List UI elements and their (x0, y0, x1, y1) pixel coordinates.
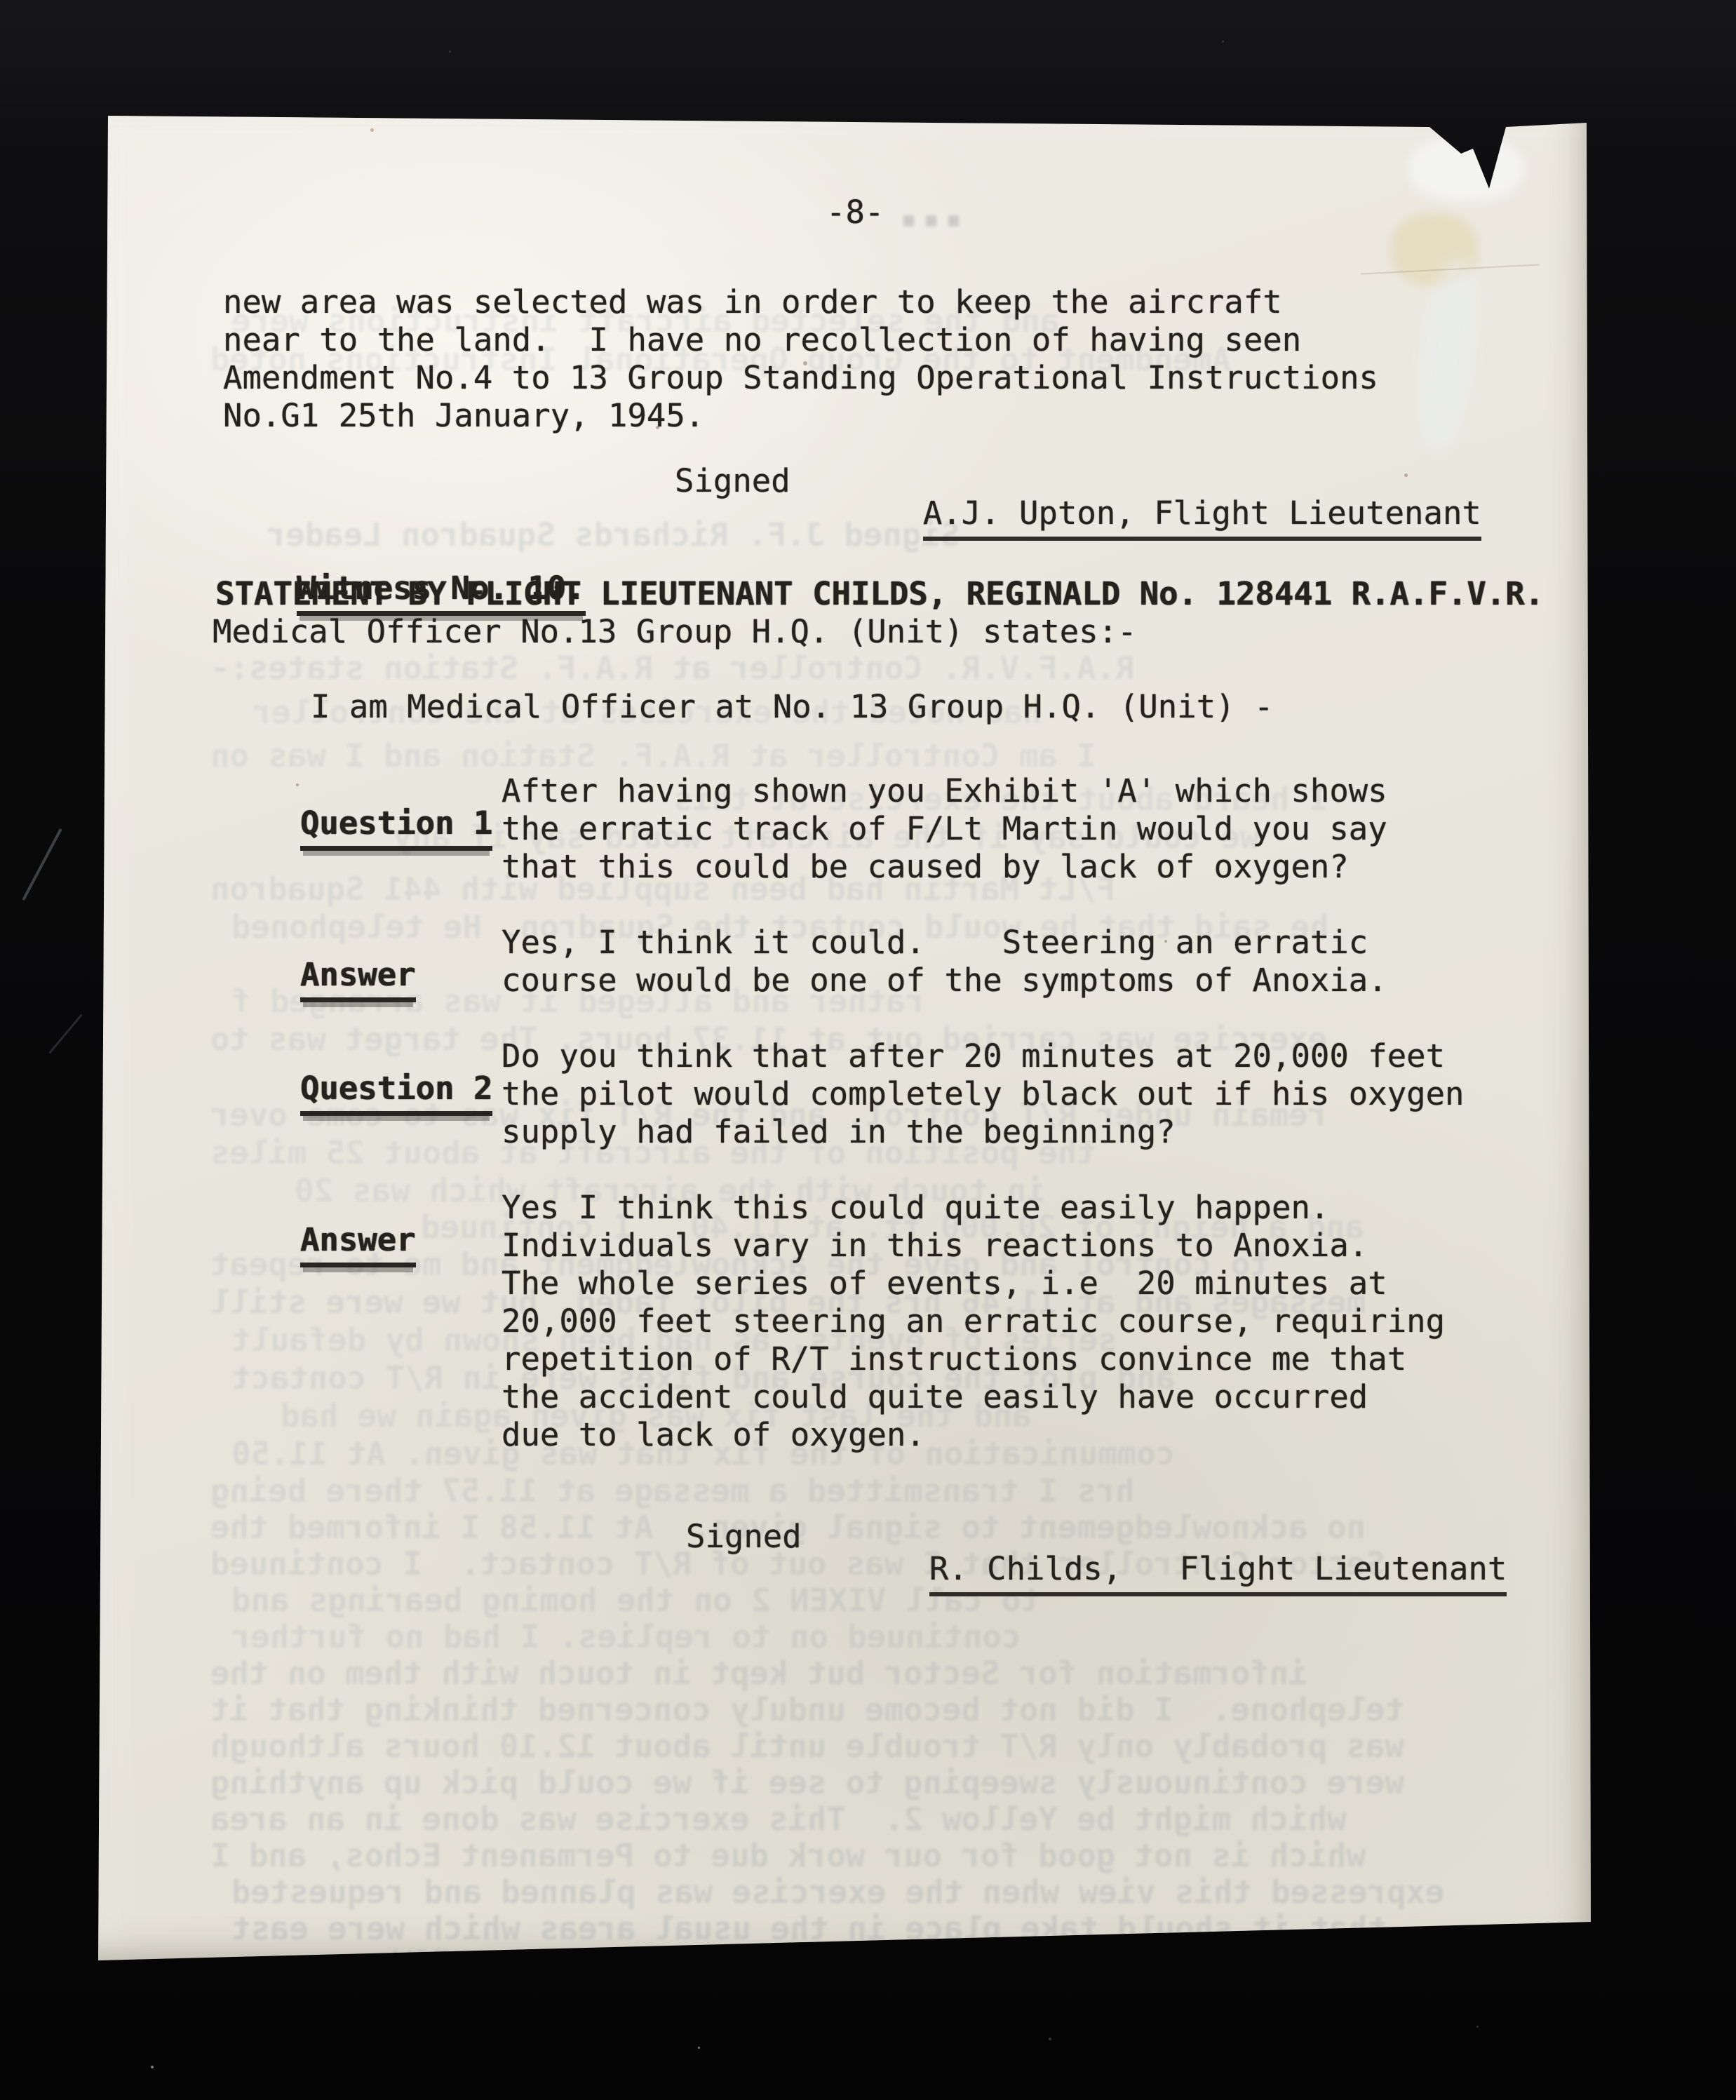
paragraph-line: No.G1 25th January, 1945. (223, 400, 704, 432)
answer-2-label: Answer (223, 1192, 416, 1288)
bleed-through-line: were continuously sweeping to see if we … (210, 1767, 1404, 1799)
intro-line: I am Medical Officer at No. 13 Group H.Q… (311, 691, 1274, 723)
question-1-label-text: Question 1 (300, 805, 493, 851)
dust-speck (449, 51, 451, 53)
bleed-through-line: information for Sector but kept in touch… (210, 1657, 1308, 1690)
dust-speck (1476, 2026, 1479, 2028)
bleed-through-line: was probably only R/T trouble until abou… (210, 1730, 1404, 1763)
answer-line: Individuals vary in this reactions to An… (502, 1230, 1368, 1262)
signature-name: A.J. Upton, Flight Lieutenant (923, 494, 1481, 541)
paragraph-line: Amendment No.4 to 13 Group Standing Oper… (223, 362, 1378, 394)
question-line: After having shown you Exhibit 'A' which… (502, 775, 1387, 807)
statement-heading: STATEMENT BY FLIGHT LIEUTENANT CHILDS, R… (215, 578, 1544, 610)
question-line: Do you think that after 20 minutes at 20… (502, 1040, 1445, 1072)
signature-label: Signed (675, 465, 790, 497)
torn-corner-tape-residue (1408, 135, 1524, 202)
signature-name-underlined: R. Childs, Flight Lieutenant (852, 1521, 1507, 1617)
dust-speck (1049, 2038, 1051, 2040)
statement-subheading: Medical Officer No.13 Group H.Q. (Unit) … (213, 616, 1137, 648)
question-1-label: Question 1 (223, 775, 492, 871)
answer-line: Yes, I think it could. Steering an errat… (502, 927, 1368, 959)
torn-corner-tape-residue (1411, 257, 1484, 452)
signature-name: R. Childs, Flight Lieutenant (929, 1550, 1507, 1596)
bleed-through-line: R.A.F.V.R. Controller at R.A.F. Station … (210, 652, 1135, 685)
answer-line: 20,000 feet steering an erratic course, … (502, 1305, 1445, 1338)
paragraph-line: new area was selected was in order to ke… (223, 286, 1282, 318)
scratch (48, 1014, 83, 1054)
paper-speck (370, 128, 374, 132)
bleed-through-line: which is not good for our work due to Pe… (210, 1840, 1366, 1872)
dust-speck (1222, 41, 1224, 43)
bleed-through-line: telephone. I did not become unduly conce… (210, 1694, 1404, 1726)
dust-speck (698, 2047, 700, 2049)
scanned-photo: { "colors":{"paper":"#e9e6dd","backgroun… (0, 0, 1736, 2100)
pencil-smudge (903, 215, 964, 227)
answer-line: due to lack of oxygen. (502, 1419, 925, 1451)
bleed-through-line: which might be Yellow 2. This exercise w… (210, 1803, 1347, 1836)
question-line: the pilot would completely black out if … (502, 1078, 1465, 1110)
bleed-through-line: continued on to replies. I had no furthe… (231, 1621, 1021, 1653)
bleed-through-line: now (393, 1941, 450, 1973)
question-2-label: Question 2 (223, 1040, 492, 1136)
answer-2-label-text: Answer (300, 1221, 416, 1267)
answer-1-label: Answer (223, 927, 416, 1023)
answer-line: Yes I think this could quite easily happ… (502, 1192, 1329, 1224)
question-2-label-text: Question 2 (300, 1070, 493, 1116)
signature-name-underlined: A.J. Upton, Flight Lieutenant (846, 465, 1481, 561)
bleed-through-line: hrs I transmitted a message at 11.57 the… (210, 1475, 1135, 1507)
dust-speck (151, 2066, 154, 2068)
answer-line: course would be one of the symptoms of A… (502, 964, 1387, 997)
scratch (22, 828, 62, 901)
answer-line: repetition of R/T instructions convince … (502, 1343, 1406, 1375)
page-number: -8- (826, 196, 884, 229)
answer-line: The whole series of events, i.e 20 minut… (502, 1267, 1387, 1300)
document-page: and the selected aircraft instructions w… (98, 109, 1591, 1960)
question-line: supply had failed in the beginning? (502, 1116, 1176, 1148)
answer-1-label-text: Answer (300, 956, 416, 1002)
question-line: that this could be caused by lack of oxy… (502, 851, 1349, 883)
paragraph-line: near to the land. I have no recollection… (223, 324, 1301, 356)
bleed-through-line: I am Controller at R.A.F. Station and I … (210, 740, 1096, 772)
question-line: the erratic track of F/Lt Martin would y… (502, 813, 1387, 845)
signature-label: Signed (686, 1521, 802, 1553)
answer-line: the accident could quite easily have occ… (502, 1381, 1368, 1413)
